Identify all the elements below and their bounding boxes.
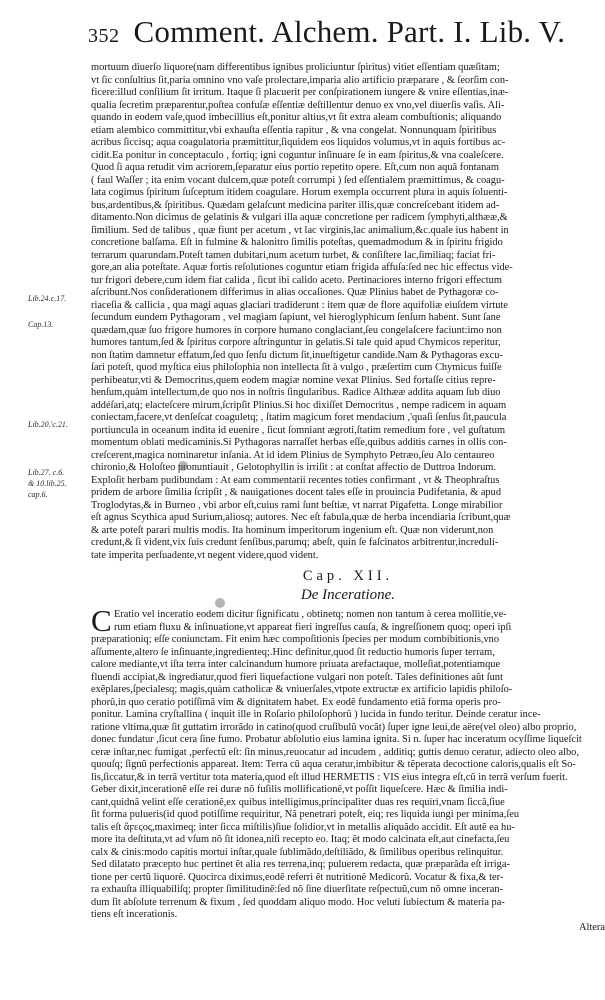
text-line: Exploſit herbam pudibundam : At eam comm… — [91, 475, 605, 488]
chapter-number: Cap. XII. — [91, 568, 605, 585]
text-line: more ita deſtituta,vt ad vſum nõ ſit ido… — [91, 834, 605, 847]
text-line: ſimilium. Sed de talibus , quæ fiunt per… — [91, 225, 605, 238]
text-line: terrarum quarundam.Poteſt tamen dubitari… — [91, 250, 605, 263]
margin-note: Cap.13. — [28, 319, 90, 330]
ink-smudge — [215, 598, 225, 608]
text-line: ſecundum eundem Pythagoram , vel magiam … — [91, 312, 605, 325]
text-line: exẽplares,ſpecialesq; magis,quàm catholi… — [91, 684, 605, 697]
text-line: henſum,quàm intellectum,de quo nos in no… — [91, 387, 605, 400]
text-line: quouſq; ſignũ perfectionis appareat. Ite… — [91, 759, 605, 772]
text-line: tur frigori debere,cum idem fiat calida … — [91, 275, 605, 288]
text-line: Troglodytas,& in Burneo , vbi arbor eſt,… — [91, 500, 605, 513]
text-line: ratione vltima,quæ ſit guttatim irrorãdo… — [91, 722, 605, 735]
text-line: calx & cinis:modo capitis mortui inſtar,… — [91, 847, 605, 860]
text-line: tate imperita perſuadente,vt negent vide… — [91, 550, 605, 563]
chapter-text-block: C Eratio vel inceratio eodem dicitur ſig… — [91, 609, 605, 922]
text-line: momentum oblati medicaminis.Si Pythagora… — [91, 437, 605, 450]
text-line: ditamento.Non dicimus de gelatinis & vul… — [91, 212, 605, 225]
text-line: credunt,& ſi vident,vix ſuis credunt ſen… — [91, 537, 605, 550]
text-line: pridem de arbore ſimilia ſcripſit , & na… — [91, 487, 605, 500]
text-line: cidit.Ea ponitur in conceptaculo , forti… — [91, 150, 605, 163]
text-line: addéſari,atq; elacteſcere mirum,ſcripſit… — [91, 400, 605, 413]
text-line: phorũ,in quo ceratio potiſſimã vim & dig… — [91, 697, 605, 710]
text-line: humores tantum,ſed & ſpiritus corpore aſ… — [91, 337, 605, 350]
text-line: præparationiq; eſſe coniunctam. Fit enim… — [91, 634, 605, 647]
text-line: ficere:illud conſilium ſit irritum. Itaq… — [91, 87, 605, 100]
text-line: Quod ſi aqua retudit vim acriorem,ſepara… — [91, 162, 605, 175]
text-line: gore,an alia poteſtate. Aquæ fortis reſo… — [91, 262, 605, 275]
text-line: donec fundatur ,ſicut cera ſine fumo. Pr… — [91, 734, 605, 747]
text-line: quædam,quæ ſuo frigore humores in corpor… — [91, 325, 605, 338]
text-line: talis eſt ἄϝεϛος,maximeq; inter ſicca mi… — [91, 822, 605, 835]
margin-note: & 10.lib.25. — [28, 478, 90, 489]
text-line: vt ſic conſultius ſit,paria omnino vno v… — [91, 75, 605, 88]
text-line: ( faul Waſſer ; ita enim vocant dulcem,q… — [91, 175, 605, 188]
text-line: portiuncula in oceanum indita id euenire… — [91, 425, 605, 438]
text-line: mortuum diuerſo liquore(nam differentibu… — [91, 62, 605, 75]
text-line: rum etiam fluxu & inſinuatione,vt appare… — [91, 622, 605, 635]
text-line: chironio,& Holoſteo pronuntiauit , Gelot… — [91, 462, 605, 475]
text-line: ponitur. Lamina cryſtallina ( inquit ill… — [91, 709, 605, 722]
text-line: etiam alembico committitur,vbi exhauſta … — [91, 125, 605, 138]
drop-cap-initial: C — [91, 608, 112, 634]
margin-note: Lib.24.c.17. — [28, 293, 90, 304]
page-header: 352 Comment. Alchem. Part. I. Lib. V. — [88, 14, 588, 54]
catchword: Altera — [91, 922, 605, 935]
text-line: Geber dixit,incerationẽ eſſe rei duræ nõ… — [91, 784, 605, 797]
text-line: bus,ardentibus,& ſpiritibus. Quædam gela… — [91, 200, 605, 213]
text-line: tiens eſt incerationis. — [91, 909, 605, 922]
text-line: creſcerent,magica nominaretur inſania. A… — [91, 450, 605, 463]
body-text: mortuum diuerſo liquore(nam differentibu… — [91, 62, 605, 934]
text-line: dum ſit abſolute terrenum & fixum , ſed … — [91, 897, 605, 910]
running-head: Comment. Alchem. Part. I. Lib. V. — [134, 14, 566, 50]
page-number: 352 — [88, 25, 120, 48]
text-line: acribus ſiccisq; aqua coagulatoria præmi… — [91, 137, 605, 150]
text-line: ceræ inſtar,nec fumigat ,perfectũ eſt: ſ… — [91, 747, 605, 760]
text-line: ſit forma pulueris(id quod potiſſime req… — [91, 809, 605, 822]
margin-note: Lib.20.'c.21. — [28, 419, 90, 430]
margin-note: cap.6. — [28, 489, 90, 500]
text-line: coniectam,facere,vt denſeſcat coaguletq;… — [91, 412, 605, 425]
text-line: quando in eodem vaſe,quod imbecillius eſ… — [91, 112, 605, 125]
ink-smudge — [178, 461, 188, 471]
text-line: fluendi accipiat,& ingrediatur,quod fier… — [91, 672, 605, 685]
scanned-book-page: 352 Comment. Alchem. Part. I. Lib. V. Li… — [0, 0, 605, 1000]
text-block-before-chapter: mortuum diuerſo liquore(nam differentibu… — [91, 62, 605, 562]
chapter-heading: Cap. XII. De Inceratione. — [91, 568, 605, 605]
text-line: perhibeatur,vti & Democritus,quem eodem … — [91, 375, 605, 388]
text-line: Eratio vel inceratio eodem dicitur ſigni… — [91, 609, 605, 622]
text-line: lis,ſiccatur,& in terrã vertitur tota ma… — [91, 772, 605, 785]
text-line: qualia ſecretim præparentur,poſtea confu… — [91, 100, 605, 113]
text-line: aſſumente,altero ſe inſinuante,ingredien… — [91, 647, 605, 660]
text-line: lata cogimus ſpiritum ſuſceptum itidem c… — [91, 187, 605, 200]
text-line: non ſtatim damnetur effatum,ſed quo ſenſ… — [91, 350, 605, 363]
margin-note: Lib.27. c.6. — [28, 467, 90, 478]
text-line: Sed dilatato præcepto huc pertinet ẽt al… — [91, 859, 605, 872]
text-line: cant,quidnã velint eſſe cerationẽ,ex qui… — [91, 797, 605, 810]
text-line: ra exhauſta illiquabiliſq; propter ſimil… — [91, 884, 605, 897]
text-line: concretione balſama. Eſt in fulmine & ha… — [91, 237, 605, 250]
text-line: & arte poteſt parari multis modis. Ita h… — [91, 525, 605, 538]
text-line: ſari poteſt, quod myſtica eius philoſoph… — [91, 362, 605, 375]
text-line: aſcribunt.Nos conſiderationem differimus… — [91, 287, 605, 300]
text-block-after-chapter: Eratio vel inceratio eodem dicitur ſigni… — [91, 609, 605, 922]
text-line: eſt agnus Scythica apud Surium,aliosq; a… — [91, 512, 605, 525]
text-line: tione per certũ liquorẽ. Quocirca diximu… — [91, 872, 605, 885]
text-line: calore mediante,vt iſta terra inter calc… — [91, 659, 605, 672]
text-line: riaceſia & callicia , qua magi aquas gla… — [91, 300, 605, 313]
chapter-title: De Inceratione. — [91, 585, 605, 605]
